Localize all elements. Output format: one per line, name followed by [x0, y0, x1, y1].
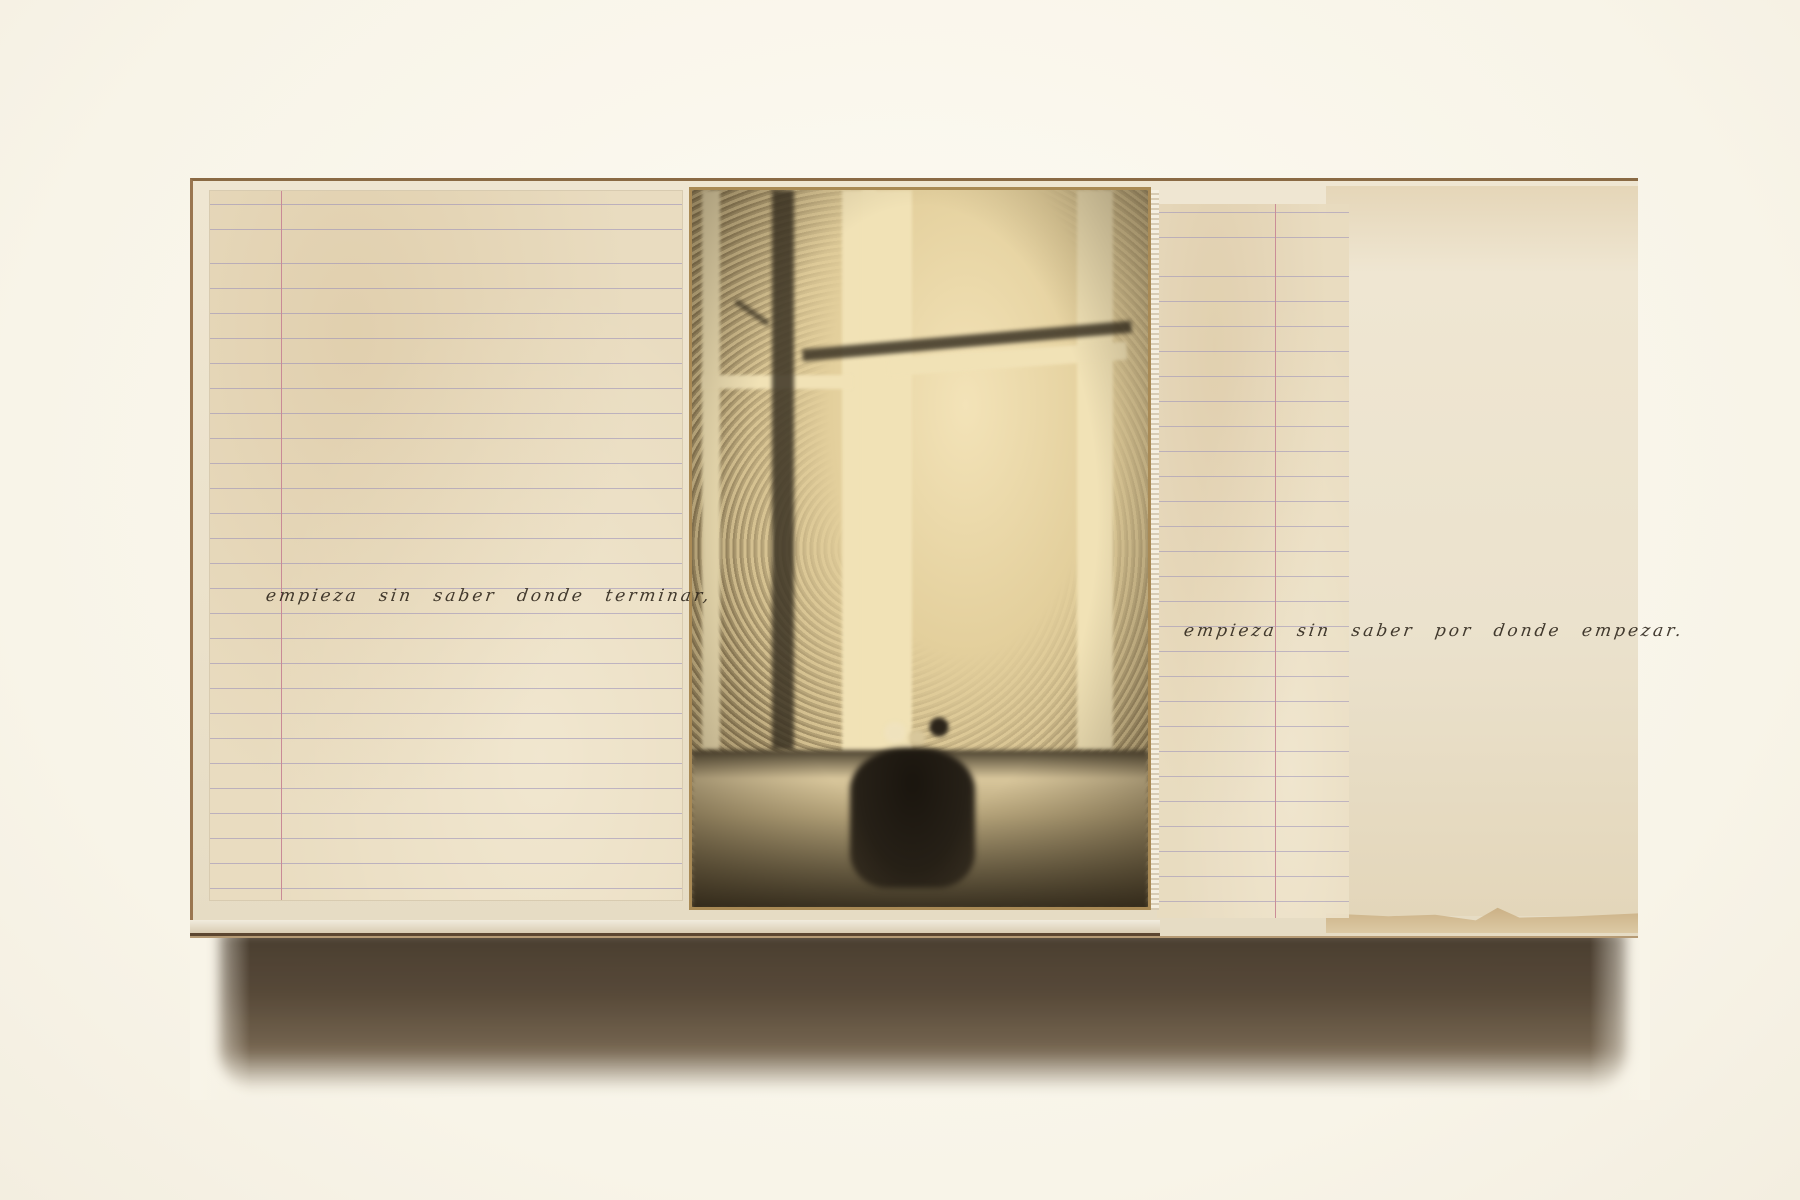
left-handwritten-text: empieza sin saber donde terminar, [265, 586, 713, 606]
book-bottom-edge [190, 920, 1160, 936]
shadow-fade-right [1590, 930, 1650, 1100]
right-margin-line [1275, 204, 1276, 918]
photo-vignette [692, 190, 1148, 907]
book-shadow [218, 930, 1628, 1090]
right-plain-page [1326, 186, 1638, 916]
window-photograph [689, 187, 1151, 910]
left-margin-line [281, 191, 282, 900]
deckled-paper-edge [1151, 190, 1159, 910]
left-lined-sheet [209, 190, 683, 901]
right-lined-strip [1157, 204, 1349, 918]
right-handwritten-text: empieza sin saber por donde empezar. [1183, 621, 1686, 641]
shadow-fade-left [190, 930, 250, 1100]
scene: empieza sin saber donde terminar, empiez… [0, 0, 1800, 1200]
